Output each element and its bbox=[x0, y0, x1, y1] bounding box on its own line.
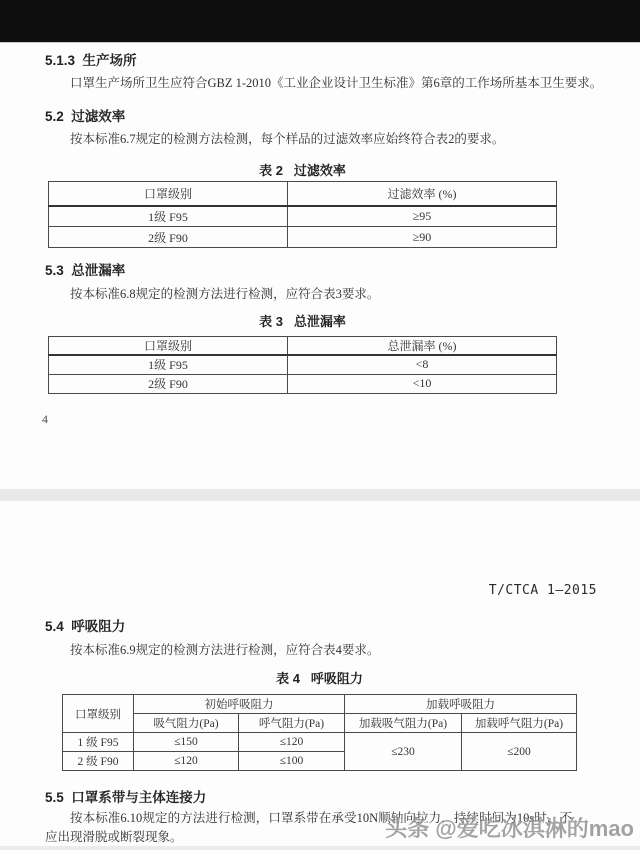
table-row: 1 级 F95 ≤150 ≤120 ≤230 ≤200 bbox=[63, 733, 577, 752]
table3-caption: 表 3 总泄漏率 bbox=[48, 311, 557, 330]
table4-caption: 表 4 呼吸阻力 bbox=[62, 668, 577, 687]
table4-header-level: 口罩级别 bbox=[63, 695, 134, 733]
section-5-3-title: 5.3 总泄漏率 bbox=[45, 259, 125, 279]
table4-sub-inhale: 吸气阻力(Pa) bbox=[134, 714, 239, 733]
section-5-1-3-title: 5.1.3 生产场所 bbox=[45, 49, 137, 69]
table4-sub-loaded-exhale: 加载呼气阻力(Pa) bbox=[462, 714, 577, 733]
table4-breathing-resistance: 口罩级别 初始呼吸阻力 加载呼吸阻力 吸气阻力(Pa) 呼气阻力(Pa) 加载吸… bbox=[62, 694, 577, 771]
table-row: 2级 F90 <10 bbox=[49, 374, 557, 393]
table4-sub-exhale: 呼气阻力(Pa) bbox=[239, 714, 345, 733]
table2-r2-level: 2级 F90 bbox=[49, 227, 288, 248]
document-screenshot: { "colors": { "top_bar": "#0f0f0f", "pap… bbox=[0, 0, 640, 850]
table2-caption: 表 2 过滤效率 bbox=[48, 160, 557, 179]
table2-r1-level: 1级 F95 bbox=[49, 206, 288, 227]
table3-r2-value: <10 bbox=[288, 374, 557, 393]
page-separator bbox=[0, 489, 640, 501]
table4-sub-loaded-inhale: 加载吸气阻力(Pa) bbox=[345, 714, 462, 733]
table2-r1-value: ≥95 bbox=[288, 206, 557, 227]
table4-r2-level: 2 级 F90 bbox=[63, 752, 134, 771]
table3-header-level: 口罩级别 bbox=[49, 337, 288, 356]
table4-r2-inhale: ≤120 bbox=[134, 752, 239, 771]
top-black-bar bbox=[0, 0, 640, 43]
table4-r2-exhale: ≤100 bbox=[239, 752, 345, 771]
section-5-2-title: 5.2 过滤效率 bbox=[45, 105, 125, 125]
table-row: 1级 F95 <8 bbox=[49, 355, 557, 374]
table2-filtration-efficiency: 口罩级别 过滤效率 (%) 1级 F95 ≥95 2级 F90 ≥90 bbox=[48, 181, 557, 248]
bottom-page-edge bbox=[0, 846, 640, 850]
table3-header-value: 总泄漏率 (%) bbox=[288, 337, 557, 356]
table4-r1-exhale: ≤120 bbox=[239, 733, 345, 752]
table-row: 1级 F95 ≥95 bbox=[49, 206, 557, 227]
table2-header-level: 口罩级别 bbox=[49, 182, 288, 206]
table2-header-value: 过滤效率 (%) bbox=[288, 182, 557, 206]
table4-r1-inhale: ≤150 bbox=[134, 733, 239, 752]
table3-r1-level: 1级 F95 bbox=[49, 355, 288, 374]
running-header: T/CTCA 1—2015 bbox=[45, 583, 597, 598]
table3-total-leakage: 口罩级别 总泄漏率 (%) 1级 F95 <8 2级 F90 <10 bbox=[48, 336, 557, 394]
table4-r1-level: 1 级 F95 bbox=[63, 733, 134, 752]
section-5-3-body: 按本标准6.8规定的检测方法进行检测，应符合表3要求。 bbox=[45, 285, 379, 304]
section-5-4-body: 按本标准6.9规定的检测方法进行检测，应符合表4要求。 bbox=[45, 641, 379, 660]
table3-r1-value: <8 bbox=[288, 355, 557, 374]
table4-group-loaded: 加载呼吸阻力 bbox=[345, 695, 577, 714]
page-number: 4 bbox=[42, 412, 48, 427]
table3-r2-level: 2级 F90 bbox=[49, 374, 288, 393]
table4-group-initial: 初始呼吸阻力 bbox=[134, 695, 345, 714]
section-5-1-3-body: 口罩生产场所卫生应符合GBZ 1-2010《工业企业设计卫生标准》第6章的工作场… bbox=[45, 74, 602, 93]
section-5-5-title: 5.5 口罩系带与主体连接力 bbox=[45, 786, 206, 806]
section-5-2-body: 按本标准6.7规定的检测方法检测，每个样品的过滤效率应始终符合表2的要求。 bbox=[45, 130, 504, 149]
table2-r2-value: ≥90 bbox=[288, 227, 557, 248]
table-row: 2级 F90 ≥90 bbox=[49, 227, 557, 248]
watermark: 头条 @爱吃冰淇淋的mao bbox=[385, 812, 634, 843]
table4-loaded-inhale-value: ≤230 bbox=[345, 733, 462, 771]
section-5-4-title: 5.4 呼吸阻力 bbox=[45, 615, 125, 635]
table4-loaded-exhale-value: ≤200 bbox=[462, 733, 577, 771]
